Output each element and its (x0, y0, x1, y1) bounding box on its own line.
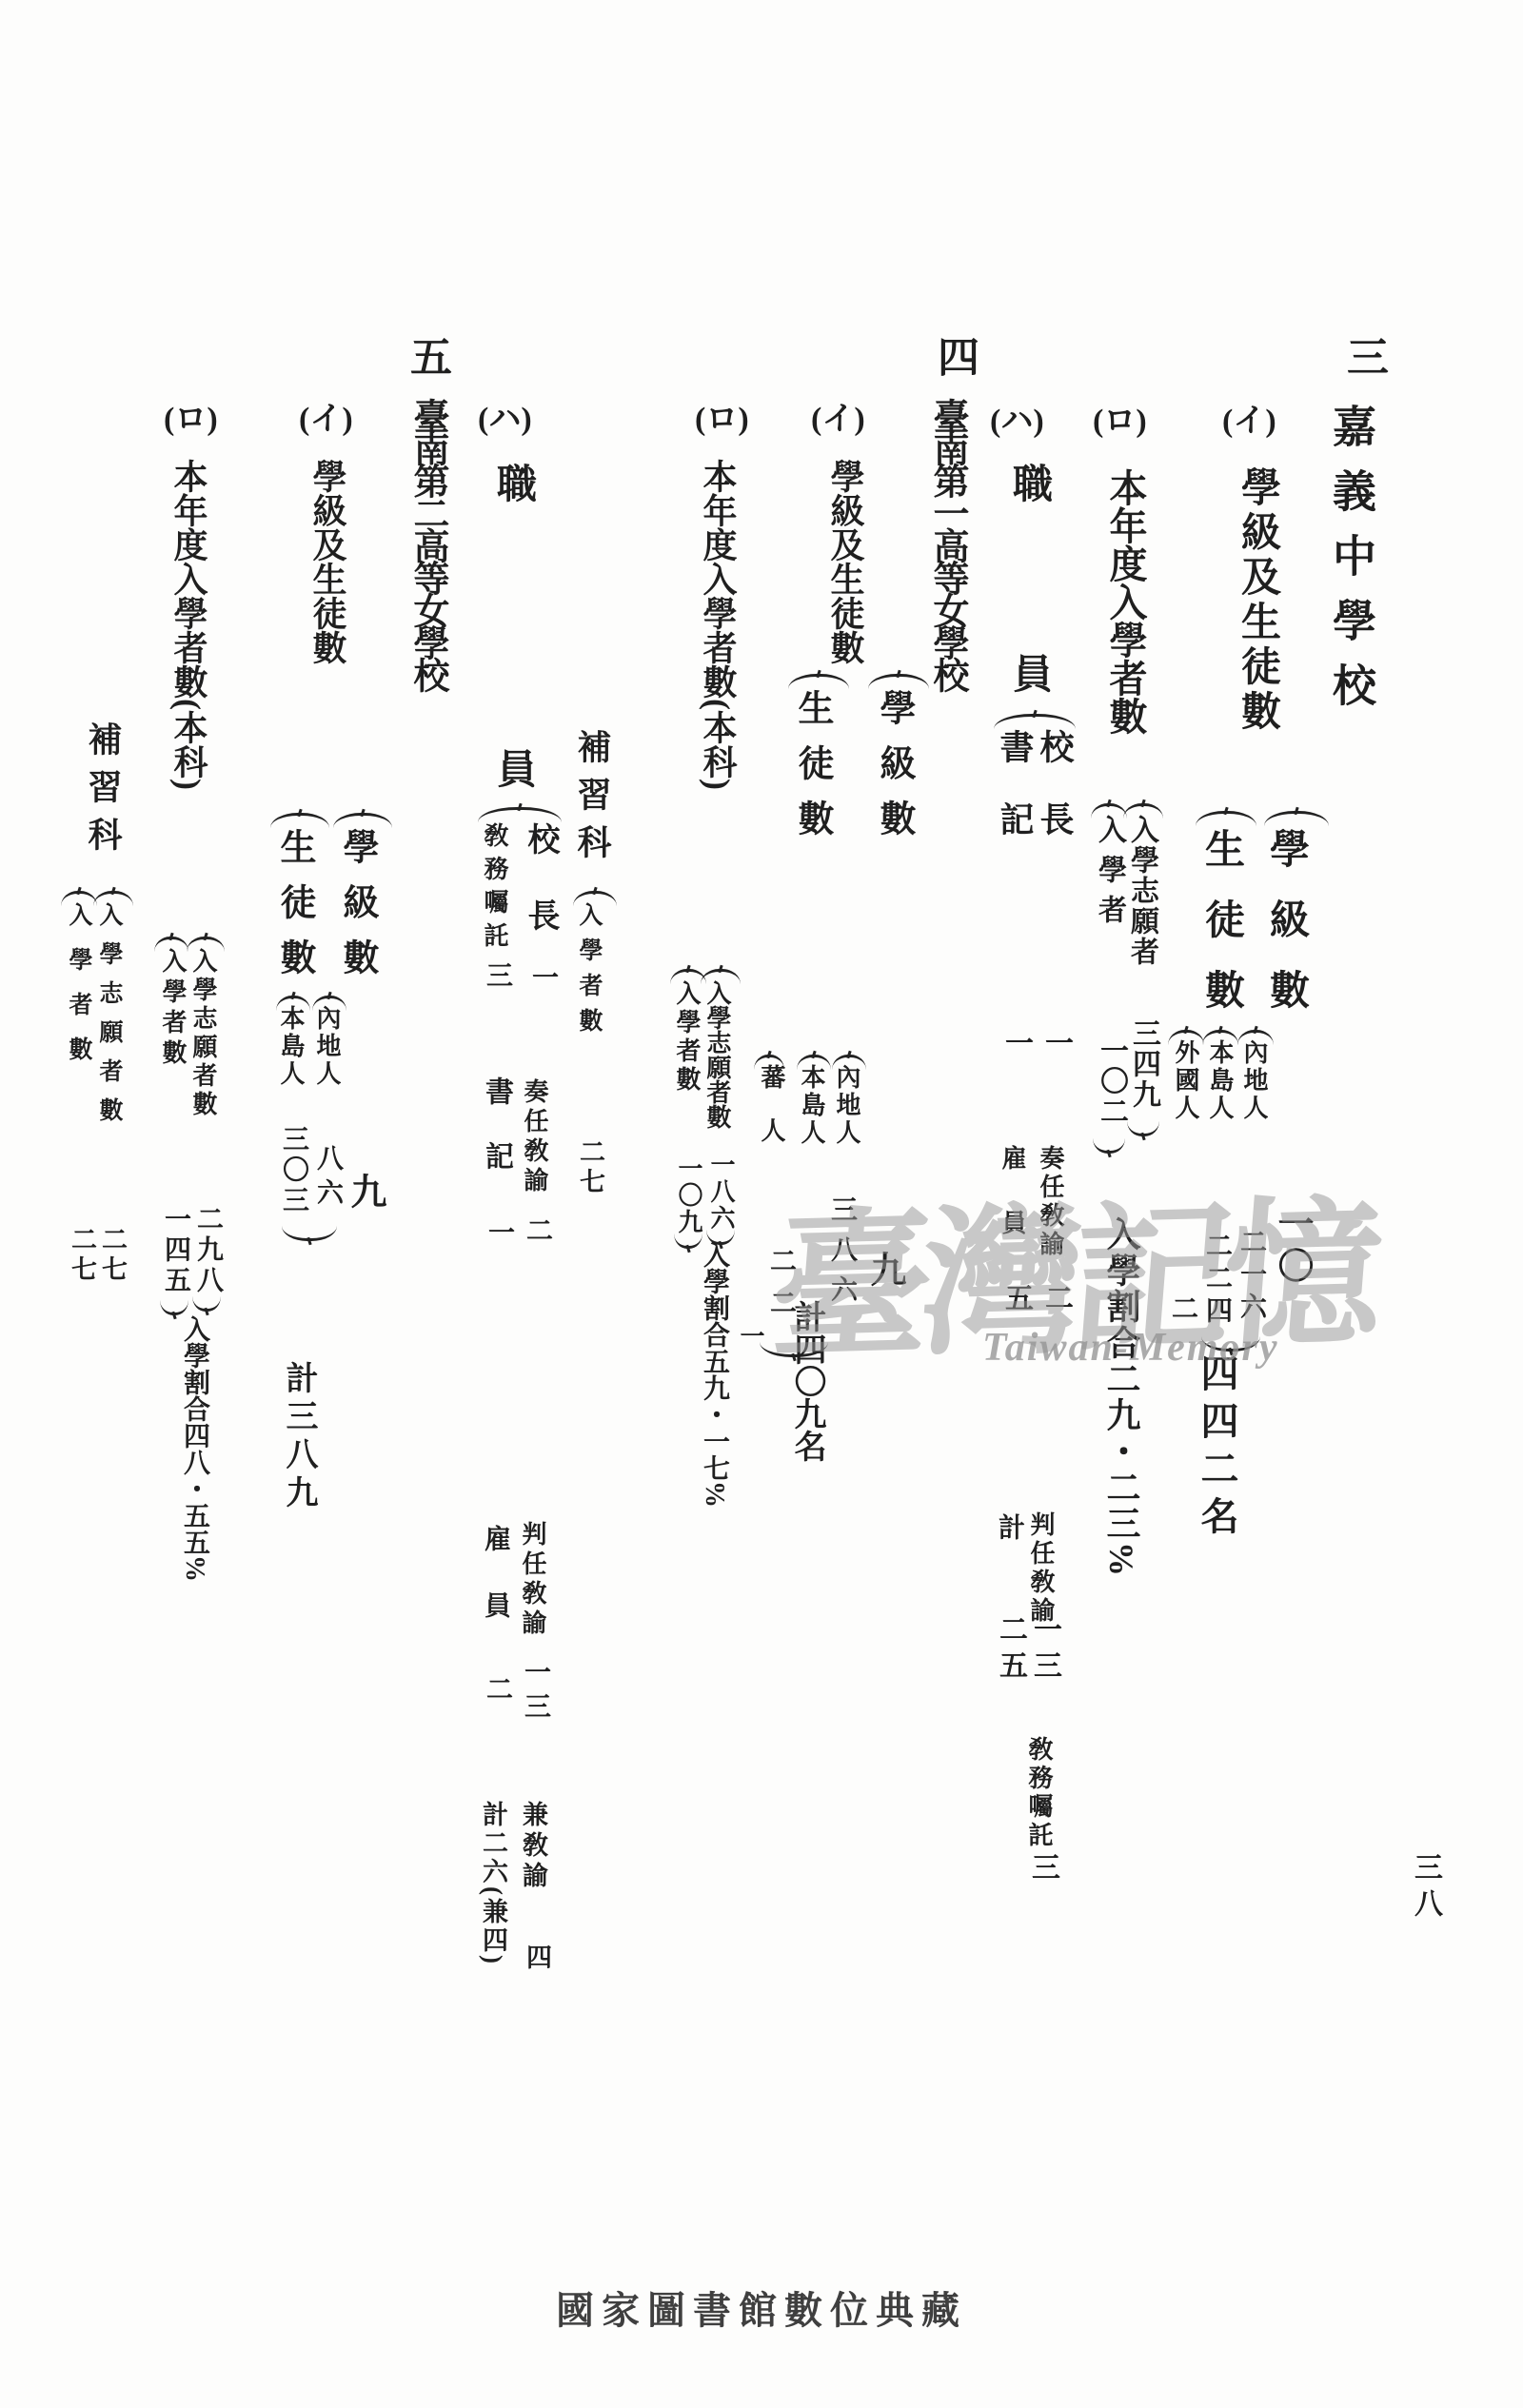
section5-class-count-value: 九 (346, 1173, 383, 1209)
section3-group-gaikokujin-label: 外國人 (1173, 1039, 1197, 1122)
section3-item-c-marker: (ハ) (990, 405, 1044, 438)
section3-staff-total-value: 二五 (996, 1614, 1024, 1687)
section4-item-a-marker: (イ) (811, 404, 865, 436)
section4-class-count-label: 學級數 (876, 689, 912, 855)
section3-group-naichijin-label: 內地人 (1241, 1039, 1266, 1122)
section4-number: 四 (933, 335, 975, 377)
brace-icon (994, 714, 1076, 729)
section5-title: 臺南第二高等女學校 (409, 398, 445, 689)
section5-item-a-marker: (イ) (299, 404, 353, 436)
section5-supplementary-applicants-value: 二七 (99, 1226, 125, 1285)
section3-admitted-value: 一〇二 (1097, 1036, 1125, 1127)
section4-group-hontojin-label: 本島人 (799, 1064, 823, 1147)
section4-group-banjin-value: 一 (738, 1323, 762, 1348)
section4-group-naichijin-value: 三八六 (828, 1195, 855, 1315)
section4-sonin-teacher-label: 奏任敎諭 (522, 1078, 546, 1196)
section4-group-banjin-label: 蕃人 (759, 1064, 783, 1171)
section4-item-c-marker: (ハ) (478, 404, 532, 436)
section4-principal-label: 校長 (524, 822, 556, 975)
section4-class-count-value: 九 (866, 1251, 902, 1287)
section3-lecturer-label: 敎務囑託 (1026, 1736, 1051, 1850)
section4-staff-label-top: 職 (493, 463, 533, 503)
section3-principal-value: 一 (1041, 1028, 1070, 1056)
section3-student-count-label: 生徒數 (1201, 828, 1241, 1039)
section3-item-b-marker: (ロ) (1093, 405, 1147, 438)
section4-class-students-label: 學級及生徒數 (828, 459, 862, 664)
section4-item-b-marker: (ロ) (695, 404, 749, 436)
section5-group-hontojin-value: 三〇三 (280, 1125, 307, 1216)
section3-lecturer-value: 三 (1028, 1852, 1057, 1881)
section5-group-hontojin-label: 本島人 (278, 1005, 303, 1088)
section4-admitted-label: 入學者數 (674, 980, 699, 1095)
section5-class-count-label: 學級數 (339, 828, 375, 994)
section3-class-students-label: 學級及生徒數 (1237, 466, 1277, 735)
brace-icon (478, 807, 562, 822)
section3-sonin-teacher-label: 奏任敎諭 (1038, 1145, 1062, 1259)
section5-group-naichijin-value: 八六 (314, 1144, 341, 1213)
section3-staff-label-bottom: 員 (1009, 653, 1049, 693)
section4-concurrent-teacher-value: 四 (524, 1944, 549, 1969)
section4-admission-ratio: 入學割合五九・一七% (701, 1241, 727, 1508)
section3-clerk-value: 一 (1001, 1028, 1030, 1056)
section4-student-count-label: 生徒數 (794, 689, 830, 855)
section5-supplementary-admitted-label: 入學者數 (67, 902, 90, 1081)
section4-entrants-label: 本年度入學者數(本科) (701, 459, 735, 790)
section4-sonin-teacher-value: 二 (524, 1216, 550, 1243)
section4-supplementary-admitted-value: 二七 (577, 1138, 603, 1197)
section4-staff-label-bottom: 員 (493, 748, 533, 788)
brace-icon (868, 674, 929, 689)
section3-employee-value: 五 (1001, 1283, 1030, 1312)
section5-class-students-label: 學級及生徒數 (310, 459, 345, 664)
section5-admitted-value: 一四五 (162, 1205, 188, 1296)
brace-icon (788, 674, 849, 689)
brace-icon (1201, 1336, 1260, 1352)
section5-student-total: 計三八九 (282, 1361, 314, 1513)
section4-hannin-teacher-value: 一三 (522, 1658, 548, 1727)
section4-principal-value: 一 (529, 963, 556, 990)
brace-icon (282, 1226, 337, 1241)
section4-applicants-label: 入學志願者數 (704, 980, 729, 1129)
section3-admission-ratio: 入學割合二九・二三% (1104, 1216, 1138, 1578)
section4-applicants-value: 一八六 (708, 1152, 733, 1232)
section5-supplementary-label: 補習科 (86, 721, 120, 864)
section3-sonin-teacher-value: 二 (1041, 1283, 1070, 1312)
section4-employee-value: 二 (484, 1675, 510, 1702)
section4-student-total: 計四〇九名 (790, 1300, 822, 1462)
section3-hannin-teacher-label: 判任敎諭 (1028, 1511, 1053, 1626)
section4-clerk-label: 書記 (482, 1076, 510, 1206)
section4-title: 臺南第一高等女學校 (929, 398, 965, 689)
brace-icon (333, 813, 392, 828)
section4-clerk-value: 一 (485, 1218, 512, 1245)
page-number: 三八 (1411, 1852, 1439, 1924)
section4-admitted-value: 一〇九 (676, 1155, 701, 1235)
section3-applicants-value: 三四九 (1129, 1018, 1157, 1110)
section3-entrants-label: 本年度入學者數 (1106, 468, 1144, 735)
section5-admission-ratio: 入學割合四八・五五% (181, 1315, 208, 1582)
section5-supplementary-admitted-value: 二七 (69, 1226, 94, 1285)
section3-title: 嘉義中學校 (1329, 404, 1373, 727)
section3-staff-total-label: 計 (996, 1513, 1022, 1540)
section3-staff-label-top: 職 (1009, 463, 1049, 503)
brace-icon (1264, 811, 1329, 826)
section3-number: 三 (1342, 335, 1384, 377)
library-footer: 國家圖書館數位典藏 (556, 2292, 967, 2330)
section3-class-count-label: 學級數 (1266, 828, 1306, 1039)
section5-admitted-label: 入學者數 (160, 948, 185, 1070)
section5-item-b-marker: (ロ) (164, 404, 218, 436)
section5-applicants-label: 入學志願者數 (190, 948, 215, 1119)
section3-group-gaikokujin-value: 二 (1169, 1294, 1196, 1321)
section3-item-a-marker: (イ) (1222, 405, 1276, 438)
brace-icon (192, 1296, 221, 1312)
section5-supplementary-applicants-label: 入學志願者數 (97, 902, 121, 1136)
section3-group-hontojin-value: 二二四 (1203, 1232, 1230, 1329)
section4-hannin-teacher-label: 判任敎諭 (520, 1521, 544, 1639)
section4-academic-lecturer-value: 三 (484, 961, 510, 988)
section3-principal-label: 校長 (1038, 729, 1072, 874)
scanned-document-page: 三 嘉義中學校 (イ) 學級及生徒數 學級數 生徒數 內地人 本島人 外國人 一… (0, 0, 1523, 2408)
brace-icon (674, 1234, 702, 1249)
section4-concurrent-teacher-label: 兼敎諭 (520, 1801, 545, 1892)
section4-academic-lecturer-label: 敎務囑託 (482, 822, 506, 956)
brace-icon (1127, 1121, 1159, 1136)
section3-student-total: 四四二名 (1197, 1353, 1236, 1544)
section3-admitted-label: 入學者 (1095, 815, 1123, 935)
section3-hannin-teacher-value: 一三 (1030, 1614, 1058, 1687)
section3-employee-label: 雇員 (999, 1145, 1024, 1274)
section4-supplementary-label: 補習科 (575, 729, 609, 872)
section5-group-naichijin-label: 內地人 (314, 1005, 339, 1088)
section5-number: 五 (405, 335, 447, 377)
section5-student-count-label: 生徒數 (276, 828, 312, 994)
brace-icon (1196, 811, 1256, 826)
brace-icon (1093, 1138, 1125, 1154)
brace-icon (270, 813, 329, 828)
section3-group-naichijin-value: 二一六 (1237, 1228, 1264, 1325)
section5-entrants-label: 本年度入學者數(本科) (171, 459, 206, 790)
section5-applicants-value: 二九八 (194, 1205, 221, 1296)
section3-group-hontojin-label: 本島人 (1207, 1039, 1232, 1122)
section4-group-naichijin-label: 內地人 (834, 1064, 859, 1147)
section3-applicants-label: 入學志願者 (1127, 815, 1156, 967)
section4-employee-label: 雇員 (482, 1525, 508, 1658)
section3-class-count-value: 一〇 (1274, 1205, 1310, 1289)
section4-staff-total-label: 計二六(兼四) (480, 1801, 505, 1966)
section3-clerk-label: 書記 (998, 729, 1032, 874)
section4-supplementary-admitted-label: 入學者數 (577, 902, 601, 1043)
brace-icon (160, 1300, 188, 1315)
